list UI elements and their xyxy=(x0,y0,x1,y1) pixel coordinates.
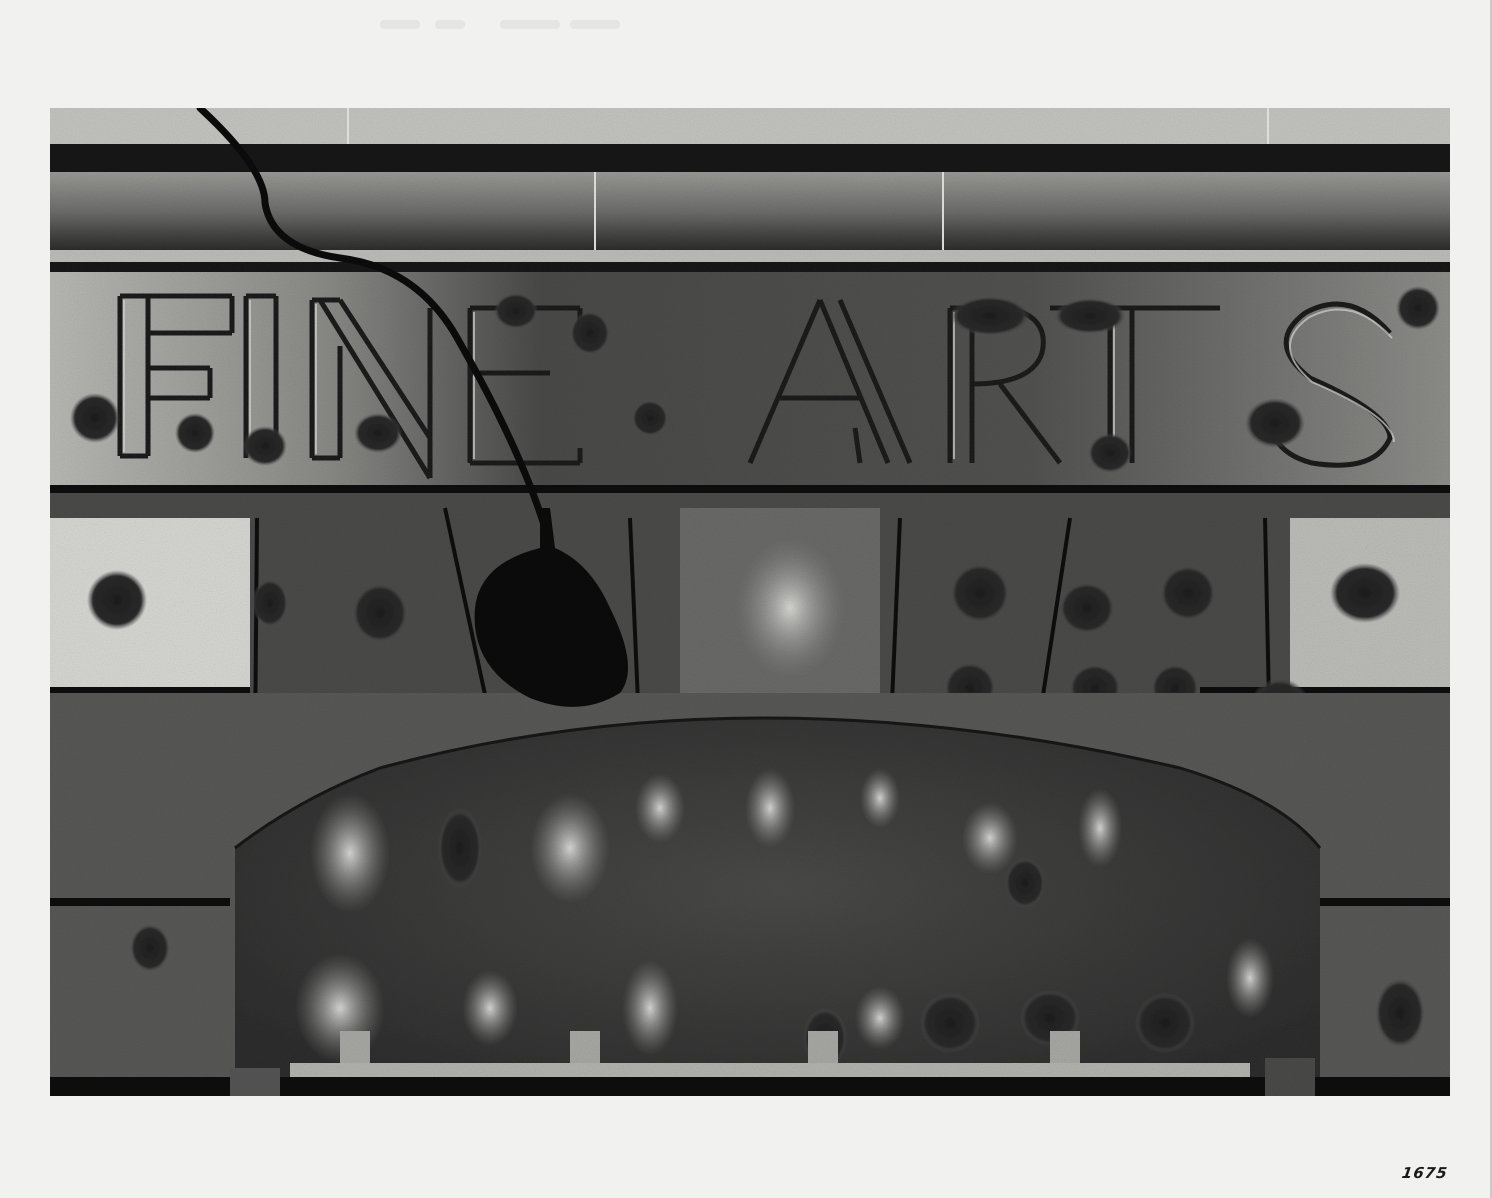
catalog-number: 1675 xyxy=(1401,1164,1449,1182)
photograph xyxy=(50,108,1450,1096)
pencil-inscription xyxy=(380,14,630,36)
